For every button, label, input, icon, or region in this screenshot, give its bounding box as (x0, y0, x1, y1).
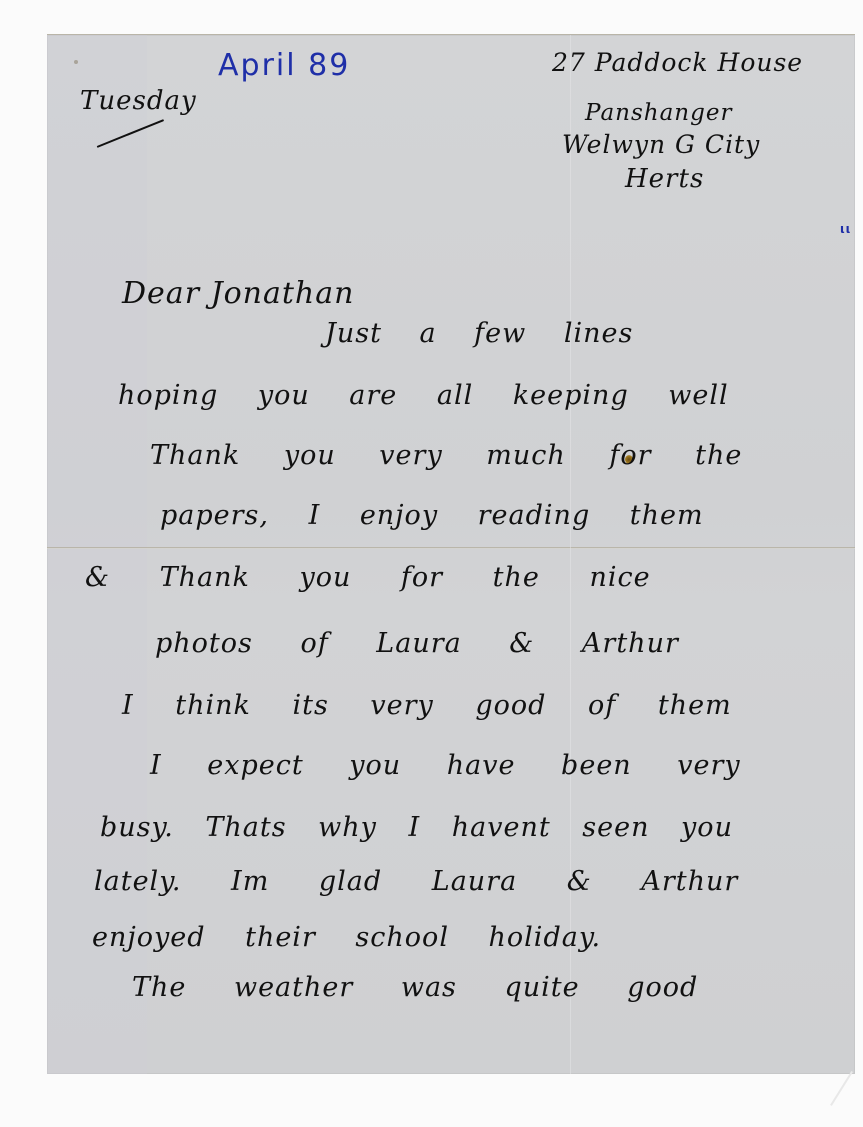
body-line: enjoyed their school holiday. (92, 922, 601, 953)
body-line: Just a few lines (325, 318, 633, 349)
horizontal-fold-line (47, 547, 855, 549)
body-line: hoping you are all keeping well (118, 380, 729, 411)
body-line: Thank you very much for the (150, 440, 742, 471)
body-line: lately. Im glad Laura & Arthur (94, 866, 738, 897)
body-line: The weather was quite good (132, 972, 698, 1003)
paper-speck (74, 60, 78, 64)
vertical-fold-line (570, 35, 571, 1074)
date-annotation: April 89 (218, 48, 350, 83)
body-line: busy. Thats why I havent seen you (100, 812, 733, 843)
address-line-3: Welwyn G City (562, 130, 760, 159)
letter-page (47, 34, 855, 1074)
address-line-4: Herts (625, 164, 704, 194)
address-line-1: 27 Paddock House (552, 48, 803, 77)
margin-mark: ιι (840, 222, 851, 236)
body-line: I expect you have been very (150, 750, 741, 781)
body-line: I think its very good of them (122, 690, 732, 721)
body-line: papers, I enjoy reading them (160, 500, 704, 531)
body-line: photos of Laura & Arthur (155, 628, 679, 659)
body-line: & Thank you for the nice (85, 562, 651, 593)
salutation: Dear Jonathan (122, 276, 354, 311)
day-heading: Tuesday (80, 86, 197, 116)
address-line-2: Panshanger (585, 100, 732, 126)
paper-shading (47, 35, 147, 1074)
